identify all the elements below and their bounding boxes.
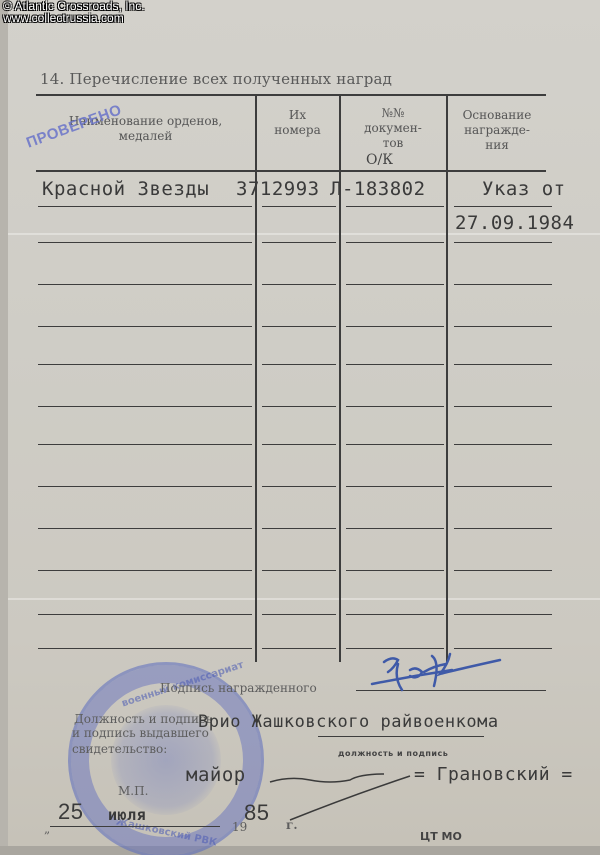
row-rule: [38, 444, 252, 445]
row-rule: [262, 570, 336, 571]
header-text: ния: [447, 138, 547, 153]
paper-left-edge: [0, 0, 8, 855]
issuer-position-typed: Врио Жашковского райвоенкома: [198, 712, 499, 732]
row-rule: [346, 444, 444, 445]
row-rule: [38, 570, 252, 571]
award-name-cell: Красной Звезды: [42, 178, 209, 200]
row-rule: [346, 570, 444, 571]
row-rule: [454, 614, 552, 615]
issuer-certificate-label: свидетельство:: [72, 742, 167, 756]
row-rule: [38, 614, 252, 615]
issuer-rank: майор: [186, 764, 246, 786]
row-rule: [454, 206, 552, 207]
row-rule: [346, 284, 444, 285]
row-rule: [262, 614, 336, 615]
row-rule: [346, 206, 444, 207]
ok-handwritten-mark: О/К: [366, 152, 393, 168]
header-text: награжде-: [447, 123, 547, 138]
row-rule: [262, 284, 336, 285]
award-basis-cell: Указ от: [482, 178, 566, 200]
header-text: №№: [340, 106, 446, 121]
row-rule: [454, 364, 552, 365]
row-rule: [262, 406, 336, 407]
row-rule: [262, 648, 336, 649]
row-rule: [38, 326, 252, 327]
table-top-border: [36, 94, 546, 96]
table-header-bottom-border: [36, 170, 546, 172]
row-rule: [38, 648, 252, 649]
row-rule: [38, 364, 252, 365]
date-day: 25: [58, 799, 83, 825]
award-basis-date: 27.09.1984: [455, 212, 574, 234]
row-rule: [346, 406, 444, 407]
recipient-signature-label: Подпись награжденного: [160, 681, 317, 695]
header-document-numbers: №№ докумен- тов: [340, 106, 446, 151]
recipient-signature: [364, 648, 514, 696]
row-rule: [346, 528, 444, 529]
watermark-url: www.collectrussia.com: [3, 12, 145, 24]
footer-printer-code: ЦТ МО: [420, 830, 462, 843]
row-rule: [454, 242, 552, 243]
date-month: июля: [108, 806, 146, 824]
row-rule: [38, 486, 252, 487]
header-text: Их: [256, 108, 339, 123]
row-rule: [38, 242, 252, 243]
row-rule: [262, 444, 336, 445]
row-rule: [454, 326, 552, 327]
row-rule: [454, 406, 552, 407]
date-quote: „: [44, 822, 50, 836]
seal-place-label: М.П.: [118, 784, 148, 798]
row-rule: [38, 206, 252, 207]
copyright-watermark: © Atlantic Crossroads, Inc. www.collectr…: [3, 0, 145, 24]
row-rule: [346, 614, 444, 615]
row-rule: [454, 570, 552, 571]
column-divider: [446, 96, 448, 662]
row-rule: [262, 242, 336, 243]
header-text: Основание: [447, 108, 547, 123]
row-rule: [262, 486, 336, 487]
header-award-numbers: Их номера: [256, 108, 339, 138]
issuer-signature: [250, 762, 420, 822]
issuer-name: = Грановский =: [414, 764, 573, 785]
issuer-signature-label: и подпись выдавшего: [72, 726, 209, 740]
paper-bottom-edge: [0, 846, 600, 855]
row-rule: [454, 444, 552, 445]
award-number-cell: 3712993: [236, 178, 320, 200]
row-rule: [454, 528, 552, 529]
row-rule: [346, 242, 444, 243]
row-rule: [262, 326, 336, 327]
row-rule: [454, 486, 552, 487]
section-title: 14. Перечисление всех полученных наград: [40, 70, 392, 88]
issuer-position-line: [318, 736, 484, 737]
header-text: номера: [256, 123, 339, 138]
document-number-cell: Л-183802: [330, 178, 426, 200]
row-rule: [454, 284, 552, 285]
position-caption: должность и подпись: [338, 749, 448, 758]
row-rule: [38, 406, 252, 407]
row-rule: [262, 206, 336, 207]
date-line: [50, 826, 220, 827]
row-rule: [346, 486, 444, 487]
date-suffix: г.: [286, 818, 298, 832]
header-text: тов: [340, 136, 446, 151]
row-rule: [346, 364, 444, 365]
fold-line: [8, 598, 600, 600]
header-text: докумен-: [340, 121, 446, 136]
row-rule: [38, 528, 252, 529]
row-rule: [38, 284, 252, 285]
row-rule: [262, 528, 336, 529]
row-rule: [346, 326, 444, 327]
header-award-basis: Основание награжде- ния: [447, 108, 547, 153]
date-year: 85: [244, 800, 269, 826]
issuer-position-label: Должность и подпись: [74, 712, 212, 726]
row-rule: [262, 364, 336, 365]
